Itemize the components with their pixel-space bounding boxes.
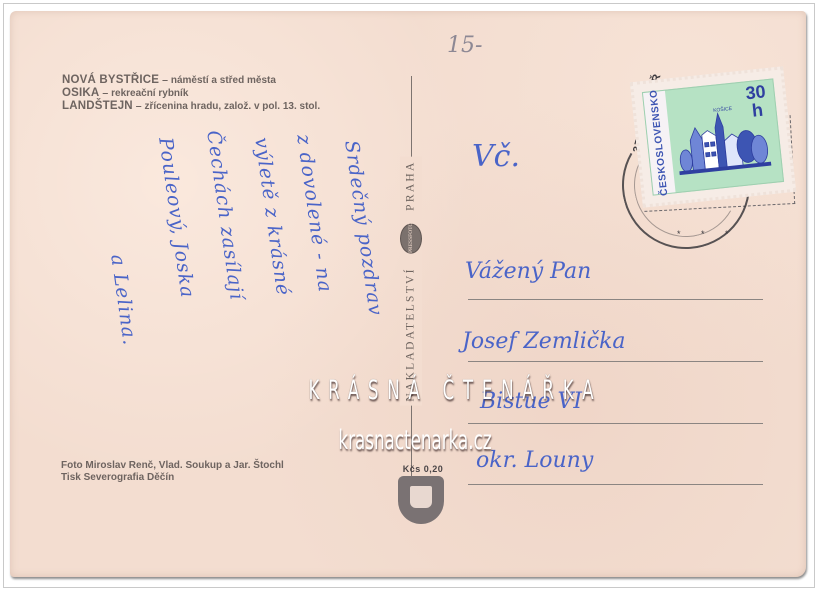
castle-icon bbox=[674, 106, 772, 175]
tax-stamp: Kčs 0,20 bbox=[393, 466, 449, 528]
publisher-right: PRAHA bbox=[405, 160, 417, 210]
caption-line: OSIKA – rekreační rybník bbox=[62, 87, 320, 100]
address-rule bbox=[468, 361, 763, 362]
tax-value: Kčs 0,20 bbox=[393, 464, 453, 474]
photo-credit: Foto Miroslav Renč, Vlad. Soukup a Jar. … bbox=[61, 460, 284, 472]
address-rule bbox=[468, 484, 763, 485]
caption-line: NOVÁ BYSTŘICE – náměstí a střed města bbox=[62, 74, 320, 87]
address-rule bbox=[468, 423, 763, 424]
postage-stamp: ČESKOSLOVENSKO 30 h KOŠICE bbox=[630, 66, 796, 207]
photo-captions: NOVÁ BYSTŘICE – náměstí a střed města OS… bbox=[62, 74, 320, 113]
message-line-6: a Lelina. bbox=[106, 253, 141, 347]
stamp-country: ČESKOSLOVENSKO bbox=[643, 91, 676, 195]
watermark-url[interactable]: krasnactenarka.cz bbox=[338, 425, 493, 456]
pencil-price-note: 15- bbox=[447, 33, 482, 58]
pressfoto-logo-icon: PRESSFOTO bbox=[400, 224, 422, 254]
caption-line: LANDŠTEJN – zřícenina hradu, založ. v po… bbox=[62, 100, 320, 113]
printer-credit: Tisk Severografia Děčín bbox=[61, 472, 284, 484]
message-line-4: Čechách zasílají bbox=[202, 129, 248, 302]
message-line-3: výletě z krásné bbox=[250, 136, 294, 297]
shield-icon bbox=[398, 476, 444, 524]
print-credits: Foto Miroslav Renč, Vlad. Soukup a Jar. … bbox=[61, 460, 284, 484]
postmark-stars: * * * bbox=[677, 229, 738, 239]
message-line-1: Srdečný pozdrav bbox=[340, 139, 386, 317]
message-line-2: z dovolené - na bbox=[292, 133, 336, 294]
postcard: NOVÁ BYSTŘICE – náměstí a střed města OS… bbox=[10, 11, 806, 577]
address-line-1: Vážený Pan bbox=[465, 259, 591, 284]
ship-icon bbox=[410, 486, 432, 508]
watermark-title: KRÁSNÁ ČTENÁŘKA bbox=[309, 375, 526, 406]
initials: Vč. bbox=[472, 139, 520, 174]
address-line-2: Josef Zemlička bbox=[462, 329, 626, 354]
address-line-4: okr. Louny bbox=[476, 448, 593, 473]
message-line-5: Pouleový, Joska bbox=[154, 136, 198, 300]
address-rule bbox=[468, 299, 763, 300]
